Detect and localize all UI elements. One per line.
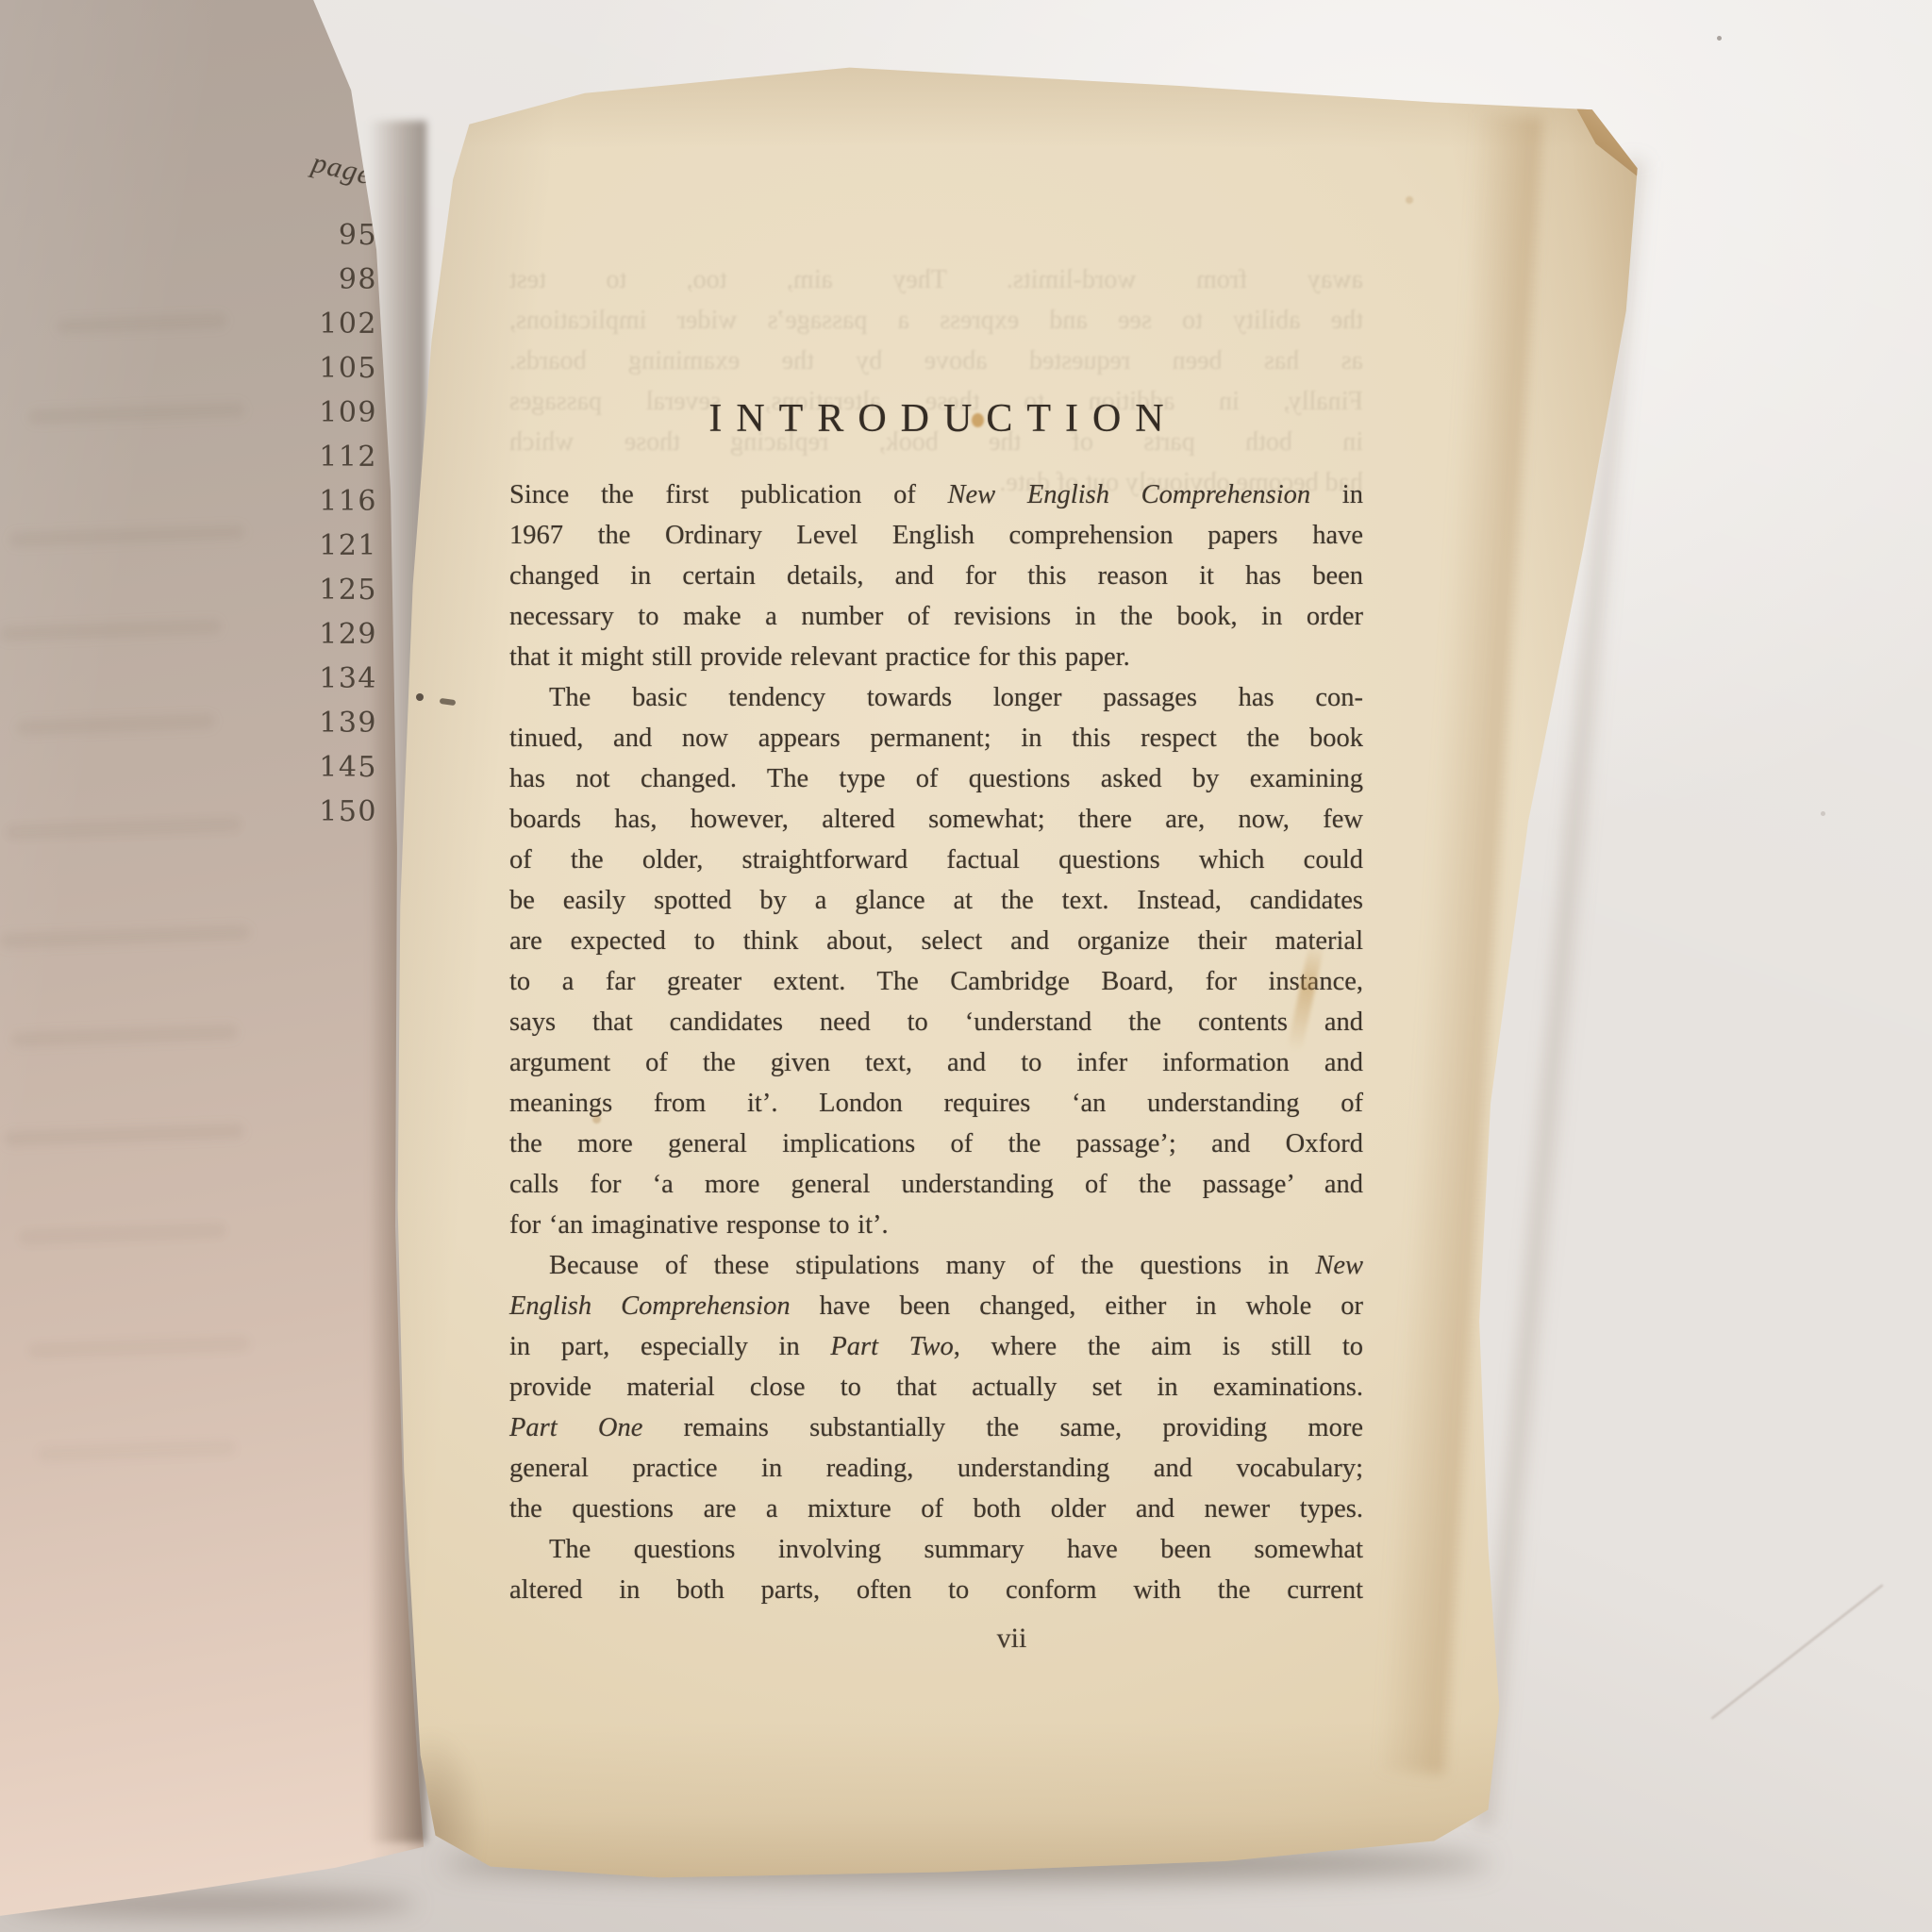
page-column-header: page <box>153 109 375 192</box>
text-line: to a far greater extent. The Cambridge B… <box>509 961 1363 1002</box>
contents-page-column: page 95981021051091121161211251291341391… <box>151 158 377 834</box>
show-through-smudge <box>28 1336 250 1358</box>
page-number: 145 <box>151 745 377 790</box>
text-line: are expected to think about, select and … <box>509 921 1363 961</box>
text-line: that it might still provide relevant pra… <box>509 637 1363 677</box>
page-number: 95 <box>151 213 377 258</box>
page-number: 102 <box>151 302 377 346</box>
text-line: says that candidates need to ‘understand… <box>509 1002 1363 1042</box>
text-line: for ‘an imaginative response to it’. <box>509 1205 1363 1245</box>
show-through-smudge <box>0 924 250 948</box>
text-line: The basic tendency towards longer passag… <box>509 677 1363 718</box>
text-line: English Comprehension have been changed,… <box>509 1286 1363 1326</box>
show-through-smudge <box>11 1024 238 1047</box>
text-line: in part, especially in Part Two, where t… <box>509 1326 1363 1367</box>
table-speck <box>1717 36 1722 41</box>
fox-dot <box>1406 196 1413 204</box>
left-page: page 95981021051091121161211251291341391… <box>0 0 429 1920</box>
text-line: The questions involving summary have bee… <box>509 1529 1363 1570</box>
text-line: be easily spotted by a glance at the tex… <box>509 880 1363 921</box>
text-line: changed in certain details, and for this… <box>509 556 1363 596</box>
corner-fold-topright <box>1575 98 1643 181</box>
text-line: altered in both parts, often to conform … <box>509 1570 1363 1610</box>
text-line: 1967 the Ordinary Level English comprehe… <box>509 515 1363 556</box>
page-number: 139 <box>151 701 377 745</box>
page-number: 98 <box>151 258 377 302</box>
text-line: the more general implications of the pas… <box>509 1124 1363 1164</box>
page-number: 129 <box>151 612 377 657</box>
text-line: Because of these stipulations many of th… <box>509 1245 1363 1286</box>
text-line: boards has, however, altered somewhat; t… <box>509 799 1363 840</box>
page-number: 105 <box>151 346 377 391</box>
page-number: 112 <box>151 435 377 479</box>
text-line: tinued, and now appears permanent; in th… <box>509 718 1363 758</box>
text-line: necessary to make a number of revisions … <box>509 596 1363 637</box>
page-number-list: 9598102105109112116121125129134139145150 <box>151 213 377 834</box>
page-number: 109 <box>151 391 377 435</box>
table-speck <box>1821 811 1825 816</box>
page-number: 121 <box>151 524 377 568</box>
table-scratch <box>1711 1584 1883 1719</box>
stain-dot <box>972 413 984 427</box>
text-line: general practice in reading, understandi… <box>509 1448 1363 1489</box>
page-title: INTRODUCTION <box>509 396 1363 441</box>
ghost-line: the ability to see and express a passage… <box>509 300 1363 341</box>
body-text-block: Since the first publication of New Engli… <box>509 475 1363 1610</box>
text-line: of the older, straightforward factual qu… <box>509 840 1363 880</box>
folio-page-number: vii <box>585 1623 1439 1655</box>
text-line: calls for ‘a more general understanding … <box>509 1164 1363 1205</box>
text-line: Since the first publication of New Engli… <box>509 475 1363 515</box>
page-number: 150 <box>151 790 377 834</box>
book-photo: page 95981021051091121161211251291341391… <box>0 0 1932 1932</box>
page-number: 134 <box>151 657 377 701</box>
page-number: 116 <box>151 479 377 524</box>
text-line: argument of the given text, and to infer… <box>509 1042 1363 1083</box>
show-through-smudge <box>19 1223 226 1245</box>
show-through-smudge <box>38 1440 236 1461</box>
fox-dot <box>592 1115 601 1124</box>
show-through-smudge <box>4 1124 244 1147</box>
ghost-line: as has been requested above by the exami… <box>509 341 1363 381</box>
introduction-page: away from word-limits. They aim, too, to… <box>391 57 1646 1887</box>
text-line: provide material close to that actually … <box>509 1367 1363 1407</box>
text-line: meanings from it’. London requires ‘an u… <box>509 1083 1363 1124</box>
ghost-line: away from word-limits. They aim, too, to… <box>509 259 1363 300</box>
page-number: 125 <box>151 568 377 612</box>
text-line: Part One remains substantially the same,… <box>509 1407 1363 1448</box>
text-line: the questions are a mixture of both olde… <box>509 1489 1363 1529</box>
corner-crease-topleft <box>458 83 546 119</box>
ghost-text-block: away from word-limits. They aim, too, to… <box>509 259 1363 503</box>
ink-dot <box>416 693 424 701</box>
text-line: has not changed. The type of questions a… <box>509 758 1363 799</box>
